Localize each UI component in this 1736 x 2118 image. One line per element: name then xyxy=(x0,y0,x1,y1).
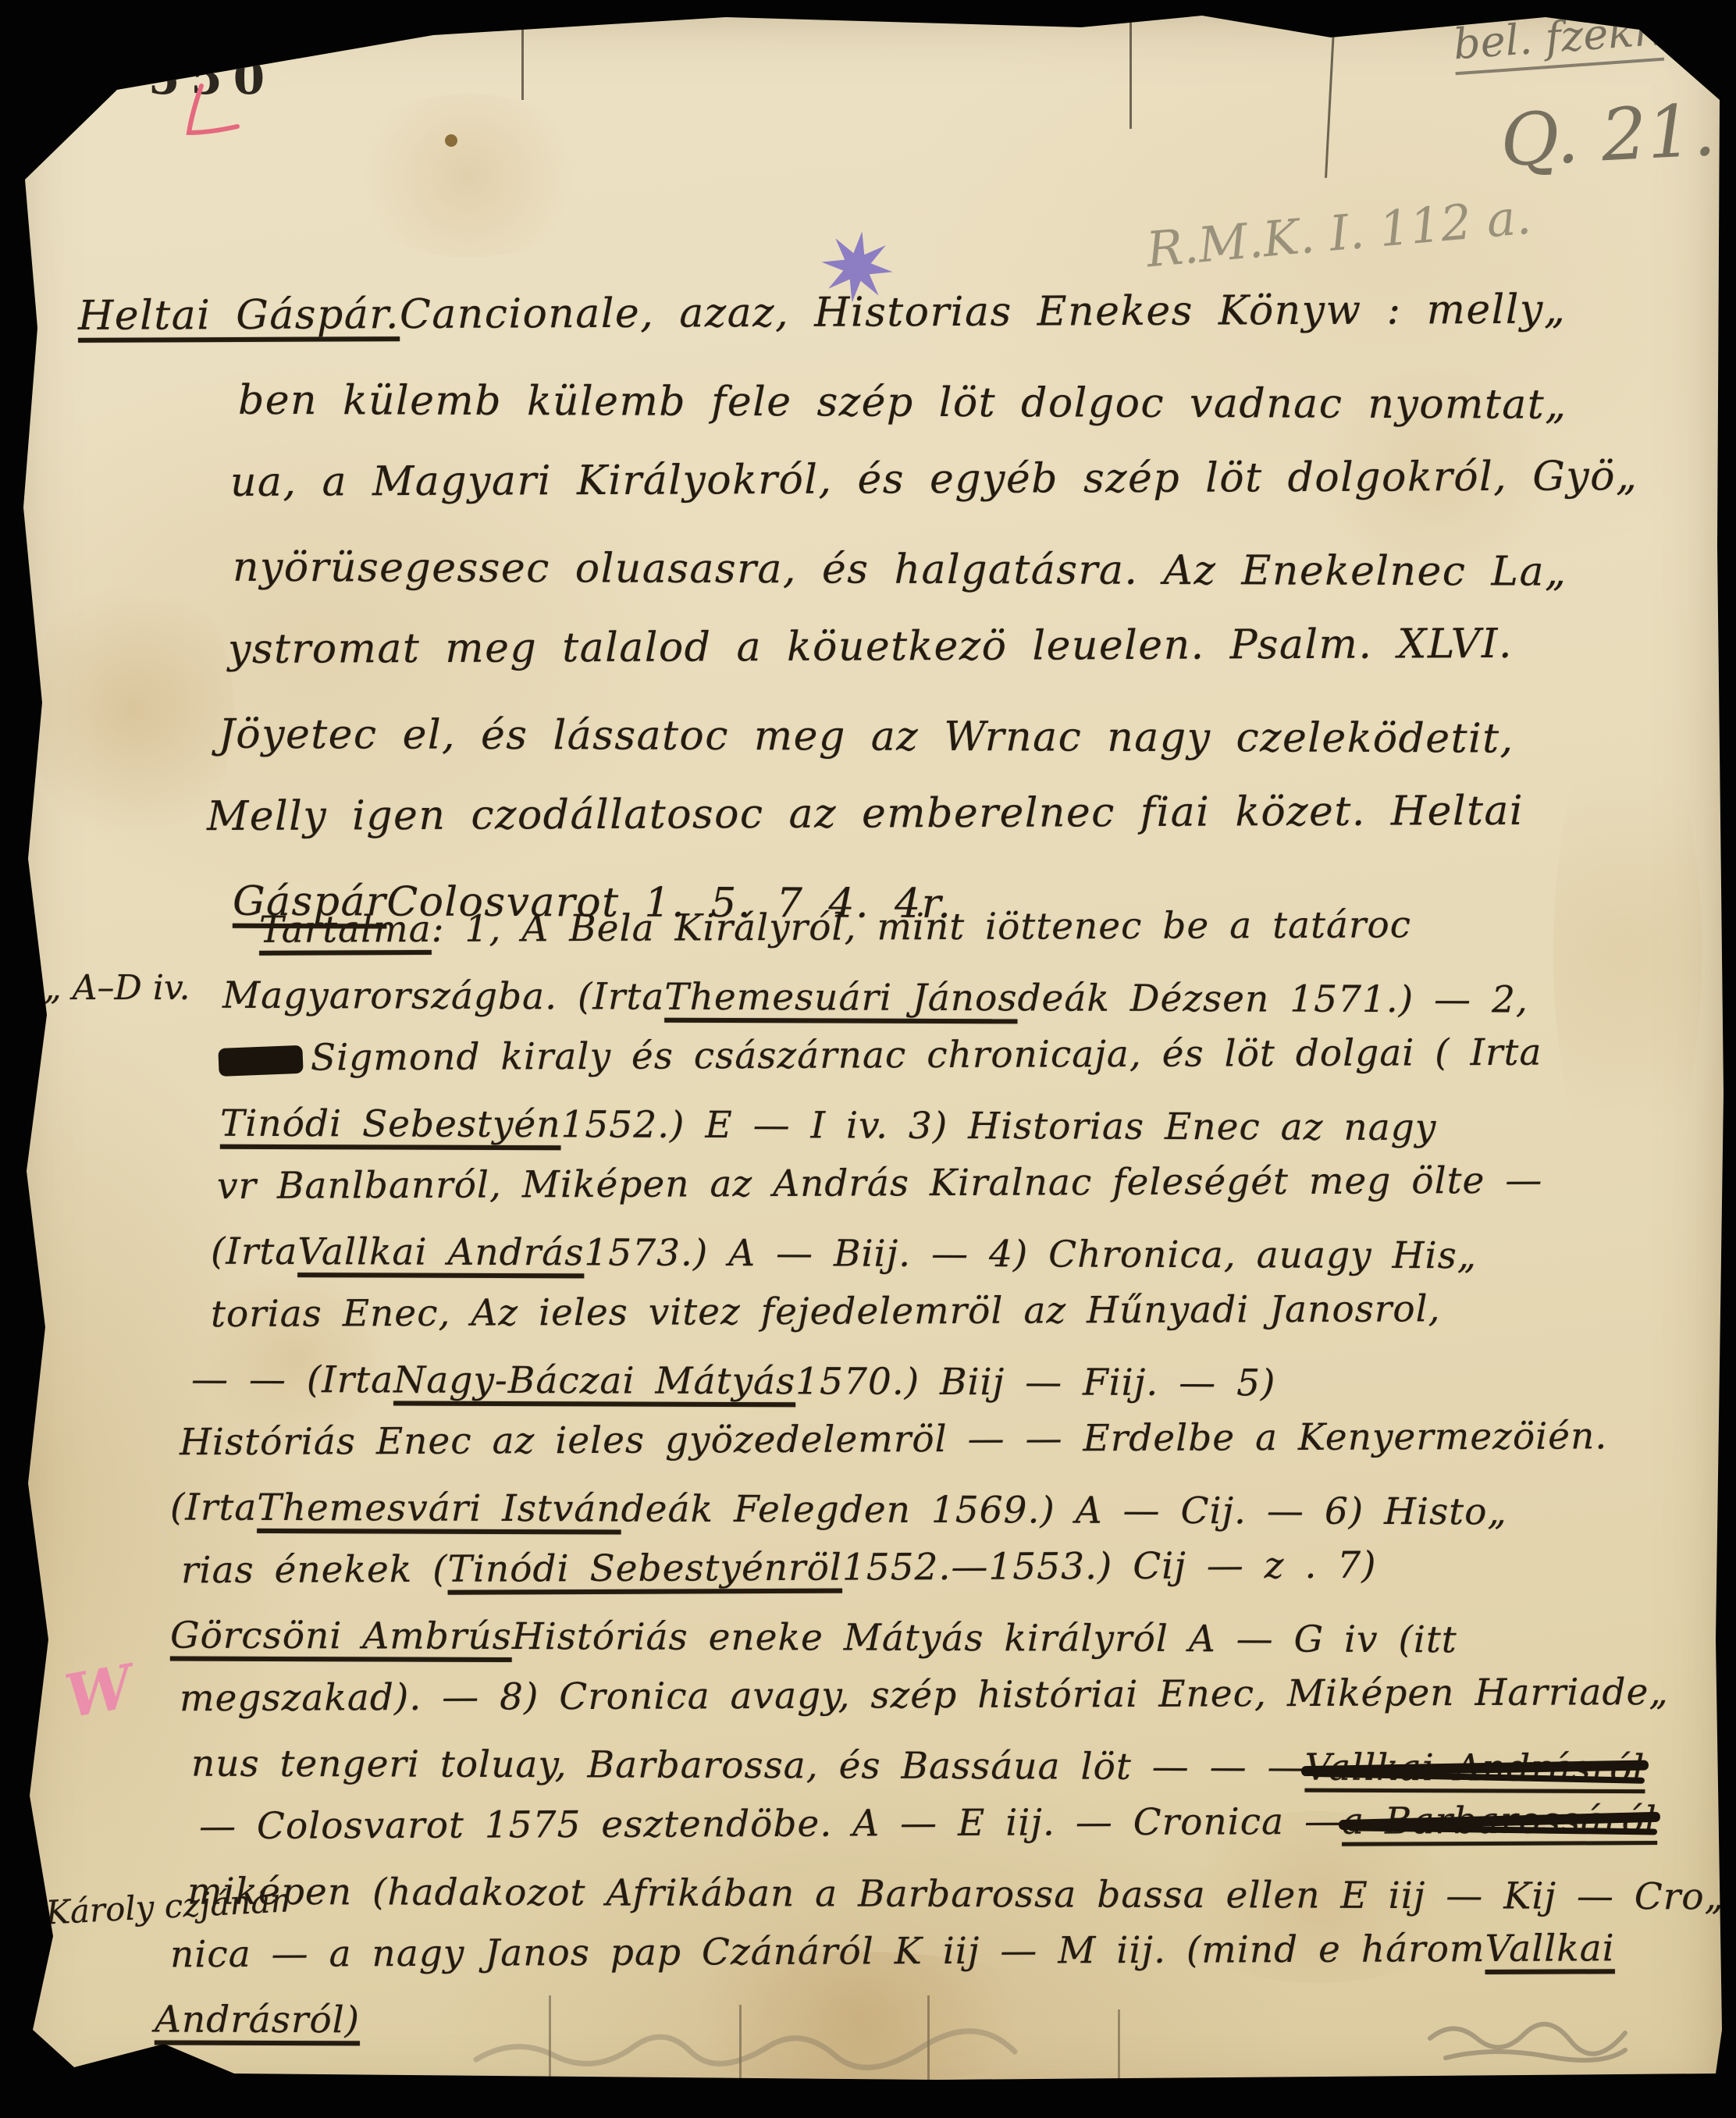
manuscript-line: nyörüsegessec oluasasra, és halgatásra. … xyxy=(55,525,1638,614)
manuscript-line: Sigmond kiraly és császárnac chronicaja,… xyxy=(55,1020,1724,1091)
text-segment: Jöyetec el, és lássatoc meg az Wrnac nag… xyxy=(219,693,1514,781)
manuscript-line: vr Banlbanról, Miképen az András Kiralna… xyxy=(55,1148,1724,1219)
text-segment: Sigmond kiraly és császárnac chronicaja,… xyxy=(311,1021,1542,1091)
ink-speck xyxy=(445,134,457,147)
text-segment: (Irta xyxy=(211,1220,298,1284)
text-segment: nyörüsegessec oluasasra, és halgatásra. … xyxy=(233,526,1567,614)
text-segment: : 1, A Bela Királyról, mint iöttenec be … xyxy=(432,893,1412,961)
text-segment: Vallkai xyxy=(1485,1917,1615,1981)
text-segment: Nagy-Báczai Mátyás xyxy=(393,1349,795,1415)
paper-crease xyxy=(1129,0,1132,129)
manuscript-line: Melly igen czodállatosoc az emberelnec f… xyxy=(55,769,1638,860)
faint-pencil-scribble xyxy=(468,2013,1030,2083)
text-segment: — Colosvarot 1575 esztendöbe. A — E iij.… xyxy=(199,1790,1342,1859)
manuscript-page: Tit. a 550 bel. fzekr. Q. 21. R.M.K. I. … xyxy=(0,0,1736,2118)
manuscript-line: ua, a Magyari Királyokról, és egyéb szép… xyxy=(55,435,1638,525)
manuscript-line: Heltai Gáspár. Cancionale, azaz, Histori… xyxy=(55,268,1638,358)
text-segment: megszakad). — 8) Cronica avagy, szép his… xyxy=(180,1661,1669,1731)
paper-stain xyxy=(343,94,593,258)
text-segment: 1552.—1553.) Cij — z . 7) xyxy=(842,1534,1377,1600)
text-segment: Tartalma xyxy=(259,898,432,963)
text-segment: vr Banlbanról, Miképen az András Kiralna… xyxy=(217,1149,1543,1219)
text-segment: Históriás Enec az ieles gyözedelemröl — … xyxy=(180,1404,1608,1475)
contents-lines: Tartalma : 1, A Bela Királyról, mint iöt… xyxy=(55,899,1724,2052)
text-segment: Görcsöni Ambrús xyxy=(170,1604,512,1670)
text-segment: Melly igen czodállatosoc az emberelnec f… xyxy=(207,770,1524,859)
text-segment: Tinódi Sebestyén xyxy=(220,1092,561,1158)
text-segment: rias énekek ( xyxy=(181,1538,448,1603)
manuscript-scan: Tit. a 550 bel. fzekr. Q. 21. R.M.K. I. … xyxy=(0,0,1736,2118)
manuscript-line: ben külemb külemb fele szép löt dolgoc v… xyxy=(55,358,1638,447)
pencil-shelf-mark: Q. 21. xyxy=(1498,88,1717,183)
manuscript-line: nica — a nagy Janos pap Czánáról K iij —… xyxy=(55,1917,1724,1988)
pink-check-mark: W xyxy=(60,1651,138,1731)
text-segment: ben külemb külemb fele szép löt dolgoc v… xyxy=(238,359,1567,447)
text-segment: (Irta xyxy=(170,1476,258,1540)
manuscript-line: Jöyetec el, és lássatoc meg az Wrnac nag… xyxy=(55,692,1638,781)
text-segment: Tinódi Sebestyénröl xyxy=(447,1536,842,1602)
text-segment: — — (Irta xyxy=(191,1348,393,1413)
faint-pencil-scribble xyxy=(1422,2003,1641,2074)
paper-crease xyxy=(521,0,524,100)
margin-note-collation: „ A–D iv. xyxy=(44,968,190,1008)
manuscript-line: torias Enec, Az ieles vitez fejedelemröl… xyxy=(55,1276,1724,1347)
text-segment: torias Enec, Az ieles vitez fejedelemröl… xyxy=(211,1277,1441,1347)
text-segment: Themesvári István xyxy=(257,1476,621,1542)
intro-lines: Heltai Gáspár. Cancionale, azaz, Histori… xyxy=(55,275,1638,943)
paper-crease xyxy=(1325,0,1336,178)
text-segment: Vallkai András xyxy=(297,1220,584,1285)
text-segment: a Barbarossáról xyxy=(1342,1789,1657,1854)
text-segment: ystromat meg talalod a köuetkezö leuelen… xyxy=(228,603,1513,692)
text-segment: ua, a Magyari Királyokról, és egyéb szép… xyxy=(230,435,1638,525)
manuscript-line: megszakad). — 8) Cronica avagy, szép his… xyxy=(55,1661,1724,1732)
text-segment: Heltai Gáspár. xyxy=(78,273,400,358)
red-check-mark xyxy=(178,81,245,147)
manuscript-line: rias énekek ( Tinódi Sebestyénröl 1552.—… xyxy=(55,1532,1724,1604)
manuscript-line: ystromat meg talalod a köuetkezö leuelen… xyxy=(55,602,1638,692)
text-segment: Cancionale, azaz, Historias Enekes Könyw… xyxy=(400,269,1567,358)
manuscript-line: — Colosvarot 1575 esztendöbe. A — E iij.… xyxy=(55,1789,1724,1860)
pencil-shelf-note: bel. fzekr. xyxy=(1452,5,1665,76)
text-segment: nus tengeri toluay, Barbarossa, és Bassá… xyxy=(191,1732,1305,1800)
ink-blot xyxy=(218,1045,303,1077)
manuscript-line: Tartalma : 1, A Bela Királyról, mint iöt… xyxy=(55,892,1724,963)
manuscript-line: Históriás Enec az ieles gyözedelemröl — … xyxy=(55,1404,1724,1475)
pencil-rmk-mark: R.M.K. I. 112 a. xyxy=(1144,188,1533,279)
text-segment: Andrásról) xyxy=(155,1988,360,2052)
text-segment: nica — a nagy Janos pap Czánáról K iij —… xyxy=(170,1917,1485,1987)
text-segment: Magyarországba. (Irta xyxy=(222,964,665,1030)
text-segment: Themesuári János xyxy=(664,966,1018,1031)
